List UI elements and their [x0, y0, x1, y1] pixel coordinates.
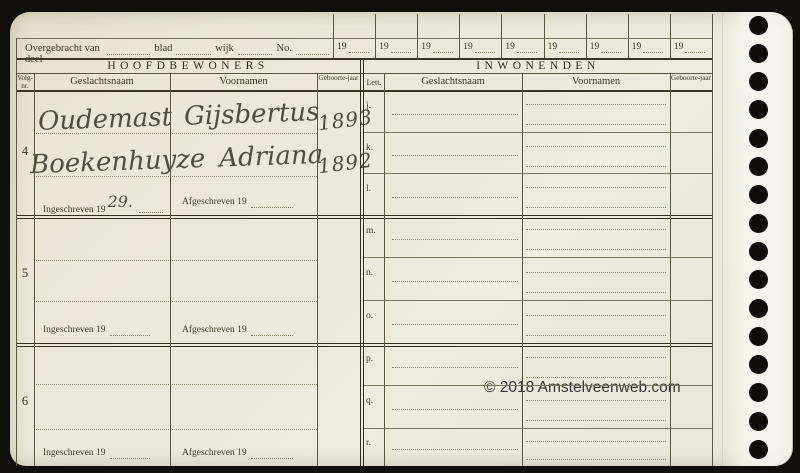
blank-line — [475, 42, 495, 53]
grid-line — [16, 90, 712, 92]
dotted-writing-line — [392, 281, 518, 282]
column-line — [34, 73, 35, 466]
ingeschreven-label: Ingeschreven 19 — [43, 325, 106, 335]
blad-label: blad — [154, 43, 172, 54]
dotted-writing-line — [392, 449, 518, 450]
year-cell: 19 — [379, 42, 411, 54]
dotted-writing-line — [392, 155, 518, 156]
year-cell-line — [670, 14, 671, 58]
dotted-writing-line — [526, 315, 666, 316]
blank-line — [107, 44, 150, 55]
blank-line — [296, 44, 329, 55]
row-separator — [364, 173, 712, 174]
transfer-row: Overgebracht van deel blad wijk No. — [16, 39, 333, 58]
blank-line — [643, 42, 663, 53]
header-volgnr: Volg-nr. — [16, 73, 34, 90]
blank-line — [110, 325, 150, 336]
letter-label: p. — [366, 354, 384, 364]
year-cell: 19 — [463, 42, 495, 54]
year-prefix: 19 — [590, 42, 600, 52]
row-number-6: 6 — [16, 394, 34, 409]
year-cell-line — [586, 14, 587, 58]
dotted-writing-line — [526, 207, 666, 208]
afgeschreven-label: Afgeschreven 19 — [182, 197, 247, 207]
firstname-1: Gijsbertus — [184, 97, 320, 132]
row-number-5: 5 — [16, 266, 34, 281]
firstname-2: Adriana — [219, 140, 324, 174]
row-separator — [364, 132, 712, 133]
copyright-watermark: © 2018 Amstelveenweb.com — [484, 379, 681, 397]
dotted-writing-line — [526, 459, 666, 460]
column-line — [384, 73, 385, 466]
dotted-writing-line — [526, 377, 666, 378]
year-prefix: 19 — [632, 42, 642, 52]
blank-line — [517, 42, 537, 53]
dotted-writing-line — [34, 176, 317, 177]
binder-hole — [749, 157, 768, 176]
binder-hole — [749, 355, 768, 374]
year-prefix: 19 — [463, 42, 473, 52]
row-separator — [364, 257, 712, 258]
section-separator-line — [16, 343, 712, 347]
scanned-register-page: { "card": { "transfer_row": { "label_dee… — [0, 0, 800, 473]
binder-hole — [749, 412, 768, 431]
afgeschreven-row-4: Afgeschreven 19 — [182, 197, 297, 211]
blank-line — [349, 42, 369, 53]
letter-label: l. — [366, 184, 384, 194]
year-cell-line — [544, 14, 545, 58]
year-prefix: 19 — [421, 42, 431, 52]
letter-label: m. — [366, 226, 384, 236]
dotted-writing-line — [526, 420, 666, 421]
header-geboortejaar-right: Geboorte-jaar — [670, 73, 712, 90]
dotted-writing-line — [526, 357, 666, 358]
ingeschreven-row-4: Ingeschreven 1929. — [43, 197, 167, 216]
blank-line — [139, 202, 163, 213]
year-cell: 19 — [548, 42, 580, 54]
binder-hole — [749, 44, 768, 63]
year-cell-line — [333, 14, 334, 58]
blank-line — [251, 325, 293, 336]
row-separator — [364, 428, 712, 429]
ingeschreven-row-6: Ingeschreven 19 — [43, 448, 154, 462]
afgeschreven-row-5: Afgeschreven 19 — [182, 325, 297, 339]
row-separator — [364, 385, 712, 386]
ingeschreven-year-handwritten: 29. — [108, 192, 133, 211]
year-cell: 19 — [590, 42, 622, 54]
dotted-writing-line — [526, 272, 666, 273]
blank-line — [251, 197, 293, 208]
letter-label: n. — [366, 268, 384, 278]
letter-label: k. — [366, 143, 384, 153]
dotted-writing-line — [34, 384, 317, 385]
blank-line — [176, 44, 211, 55]
dotted-writing-line — [34, 260, 317, 261]
afgeschreven-label: Afgeschreven 19 — [182, 325, 247, 335]
header-geboortejaar-left: Geboorte-jaar — [317, 73, 360, 90]
year-cell-line — [459, 14, 460, 58]
blank-line — [601, 42, 621, 53]
binder-hole — [749, 242, 768, 261]
blank-line — [685, 42, 705, 53]
header-voornamen-left: Voornamen — [170, 73, 317, 90]
column-line — [670, 73, 671, 466]
binder-hole — [749, 72, 768, 91]
column-line — [522, 73, 523, 466]
dotted-writing-line — [392, 409, 518, 410]
year-cell-line — [375, 14, 376, 58]
year-cell: 19 — [421, 42, 453, 54]
year-cell-line — [628, 14, 629, 58]
afgeschreven-row-6: Afgeschreven 19 — [182, 448, 297, 462]
year-cell: 19 — [674, 42, 706, 54]
no-label: No. — [276, 43, 291, 54]
hoofdbewoners-title: HOOFDBEWONERS — [16, 60, 360, 72]
surname-1: Oudemast — [38, 102, 173, 137]
grid-line — [16, 38, 712, 39]
column-line — [317, 73, 318, 466]
dotted-writing-line — [526, 249, 666, 250]
year-prefix: 19 — [379, 42, 389, 52]
dotted-writing-line — [526, 166, 666, 167]
year-cell: 19 — [632, 42, 664, 54]
dotted-writing-line — [526, 441, 666, 442]
dotted-writing-line — [526, 187, 666, 188]
dotted-writing-line — [34, 301, 317, 302]
year-cell-line — [417, 14, 418, 58]
blank-line — [238, 44, 273, 55]
column-line — [712, 14, 713, 466]
year-prefix: 19 — [505, 42, 515, 52]
grid-line — [16, 58, 712, 60]
column-line — [170, 73, 171, 466]
binder-hole — [749, 16, 768, 35]
dotted-writing-line — [526, 124, 666, 125]
header-geslachtsnaam-left: Geslachtsnaam — [34, 73, 170, 90]
dotted-writing-line — [526, 146, 666, 147]
header-geslachtsnaam-right: Geslachtsnaam — [384, 73, 522, 90]
inwonenden-title: INWONENDEN — [364, 60, 712, 72]
header-lett: Lett. — [364, 73, 384, 90]
dotted-writing-line — [34, 429, 317, 430]
year-cell: 19 — [505, 42, 537, 54]
afgeschreven-label: Afgeschreven 19 — [182, 448, 247, 458]
blank-line — [251, 448, 293, 459]
year-prefix: 19 — [548, 42, 558, 52]
section-divider-line — [360, 58, 364, 466]
blank-line — [110, 448, 150, 459]
blank-line — [559, 42, 579, 53]
blank-line — [433, 42, 453, 53]
column-line — [16, 38, 17, 466]
binder-hole — [749, 299, 768, 318]
dotted-writing-line — [526, 229, 666, 230]
ingeschreven-row-5: Ingeschreven 19 — [43, 325, 154, 339]
grid-line — [16, 73, 712, 74]
letter-label: q. — [366, 396, 384, 406]
wijk-label: wijk — [215, 43, 234, 54]
binder-hole — [749, 327, 768, 346]
surname-2: Boekenhuyze — [30, 144, 206, 180]
dotted-writing-line — [526, 292, 666, 293]
ingeschreven-label: Ingeschreven 19 — [43, 448, 106, 458]
letter-label: o. — [366, 311, 384, 321]
letter-label: r. — [366, 438, 384, 448]
dotted-writing-line — [526, 400, 666, 401]
dotted-writing-line — [526, 335, 666, 336]
binder-hole — [749, 214, 768, 233]
row-separator — [364, 300, 712, 301]
year-prefix: 19 — [674, 42, 684, 52]
binder-hole — [749, 129, 768, 148]
handwritten-entry-2: Boekenhuyze Adriana — [30, 140, 324, 180]
header-voornamen-right: Voornamen — [522, 73, 670, 90]
dotted-writing-line — [392, 114, 518, 115]
dotted-writing-line — [34, 133, 317, 134]
year-cell: 19 — [337, 42, 369, 54]
ingeschreven-label: Ingeschreven 19 — [43, 205, 106, 215]
section-separator-line — [16, 215, 712, 219]
letter-label: j. — [366, 101, 384, 111]
dotted-writing-line — [392, 367, 518, 368]
dotted-writing-line — [392, 239, 518, 240]
handwritten-entry-1: Oudemast Gijsbertus — [38, 97, 320, 137]
blank-line — [391, 42, 411, 53]
register-card: Overgebracht van deel blad wijk No. HOOF… — [10, 12, 792, 466]
year-cell-line — [501, 14, 502, 58]
year-prefix: 19 — [337, 42, 347, 52]
binder-hole — [749, 440, 768, 459]
dotted-writing-line — [392, 197, 518, 198]
dotted-writing-line — [392, 324, 518, 325]
dotted-writing-line — [526, 104, 666, 105]
